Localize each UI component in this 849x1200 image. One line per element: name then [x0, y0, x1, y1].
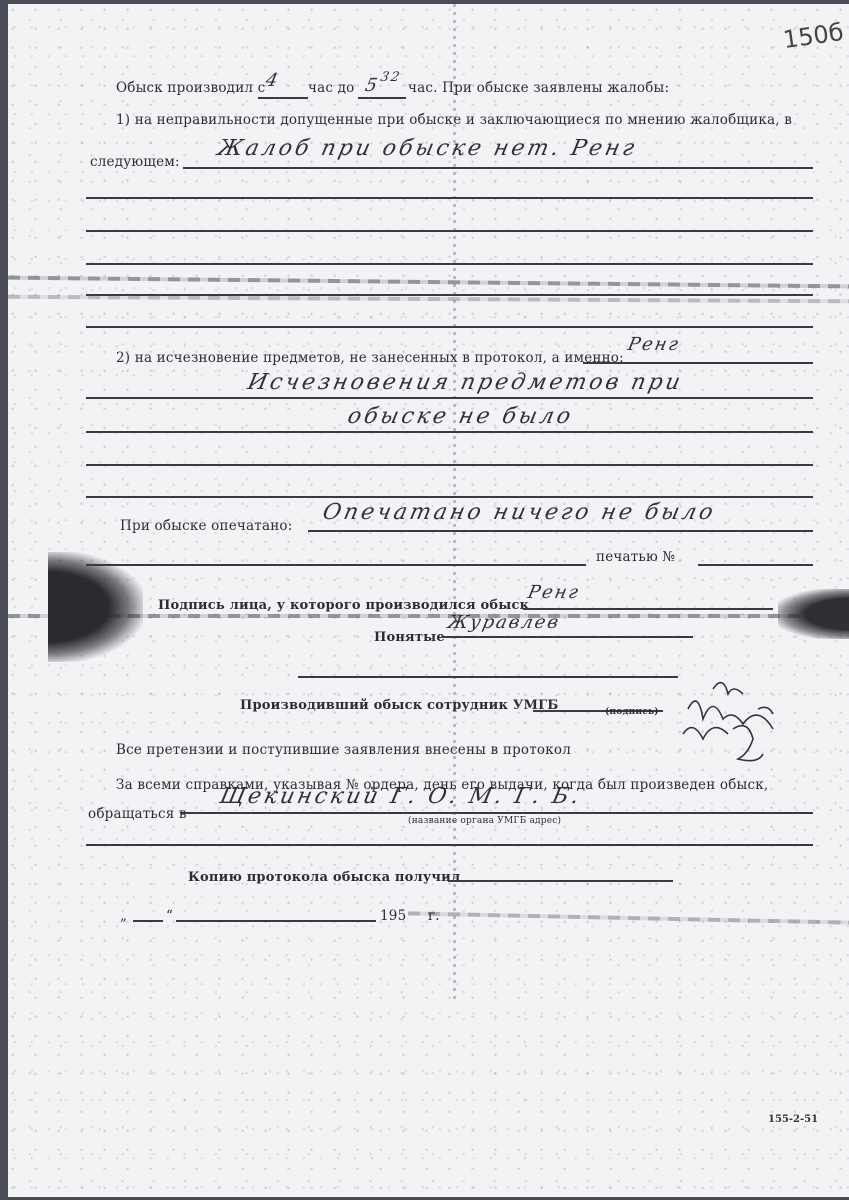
- hour-from-line: [258, 97, 308, 99]
- crease-top: [8, 276, 849, 289]
- hour-to-value: 532: [363, 70, 403, 96]
- blank-line: [86, 844, 813, 846]
- scan-shadow-left: [48, 552, 143, 662]
- inquiries-label: обращаться в: [88, 806, 187, 822]
- searched-person-signature: Ренг: [526, 582, 582, 603]
- searched-person-label: Подпись лица, у которого производился об…: [158, 598, 529, 613]
- complaint1-label-cont: следующем:: [90, 154, 180, 170]
- complaint2-label: 2) на исчезновение предметов, не занесен…: [116, 350, 624, 366]
- inquiries-line: [180, 812, 813, 814]
- date-close-quote: “: [166, 908, 173, 924]
- officer-signature: [658, 669, 828, 769]
- blank-line: [86, 230, 813, 232]
- claims-note: Все претензии и поступившие заявления вн…: [116, 742, 571, 758]
- margin-page-number: 150б: [781, 18, 845, 54]
- blank-line: [86, 326, 813, 328]
- complaint2-line: [583, 362, 813, 364]
- date-month-line: [176, 920, 376, 922]
- searched-person-line: [523, 608, 773, 610]
- complaint1-handwritten: Жалоб при обыске нет. Ренг: [215, 136, 639, 161]
- inquiries-caption: (название органа УМГБ адрес): [408, 816, 561, 826]
- witnesses-signature: Журавлев: [446, 612, 562, 633]
- date-open-quote: „: [120, 908, 127, 924]
- complaint1-line: [183, 167, 813, 169]
- sealed-line-2: [86, 564, 586, 566]
- blank-line: [86, 197, 813, 199]
- witnesses-label: Понятые: [374, 630, 445, 645]
- date-day-line: [133, 920, 163, 922]
- sealed-line: [308, 530, 813, 532]
- document-page: 150б Обыск производил с 4 час до 532 час…: [8, 4, 849, 1197]
- form-code: 155-2-51: [768, 1114, 818, 1125]
- search-time-mid: час до: [308, 80, 354, 96]
- blank-line: [86, 263, 813, 265]
- scan-shadow-right: [778, 589, 849, 639]
- search-time-prefix: Обыск производил с: [116, 80, 265, 96]
- crease-bottom: [408, 911, 849, 924]
- complaint1-label: 1) на неправильности допущенные при обыс…: [116, 112, 792, 128]
- hour-from-value: 4: [264, 70, 282, 91]
- date-year-suffix: г.: [428, 908, 440, 924]
- hour-to-line: [358, 97, 406, 99]
- complaint2-handwritten-1: Исчезновения предметов при: [245, 370, 685, 395]
- complaint2-line-1: [86, 397, 813, 399]
- officer-caption: (подпись): [605, 707, 659, 717]
- seal-number-label: печатью №: [596, 549, 675, 565]
- officer-label: Производивший обыск сотрудник УМГБ: [240, 698, 559, 713]
- blank-line: [86, 294, 813, 296]
- sealed-label: При обыске опечатано:: [120, 518, 292, 534]
- sealed-handwritten: Опечатано ничего не было: [320, 500, 718, 525]
- inquiries-handwritten: Щекинский Г. О. М. Г. Б.: [217, 784, 584, 809]
- blank-line: [86, 496, 813, 498]
- copy-received-label: Копию протокола обыска получил: [188, 870, 460, 885]
- complaint2-handwritten-2: обыске не было: [345, 404, 575, 429]
- date-year-prefix: 195: [380, 908, 406, 924]
- complaint2-line-2: [86, 431, 813, 433]
- witnesses-line: [443, 636, 693, 638]
- copy-received-line: [448, 880, 673, 882]
- blank-line: [86, 464, 813, 466]
- witnesses-line-2: [298, 676, 678, 678]
- complaint2-signature: Ренг: [626, 334, 682, 355]
- seal-number-line: [698, 564, 813, 566]
- search-time-suffix: час. При обыске заявлены жалобы:: [408, 80, 669, 96]
- crease-top-2: [8, 295, 849, 303]
